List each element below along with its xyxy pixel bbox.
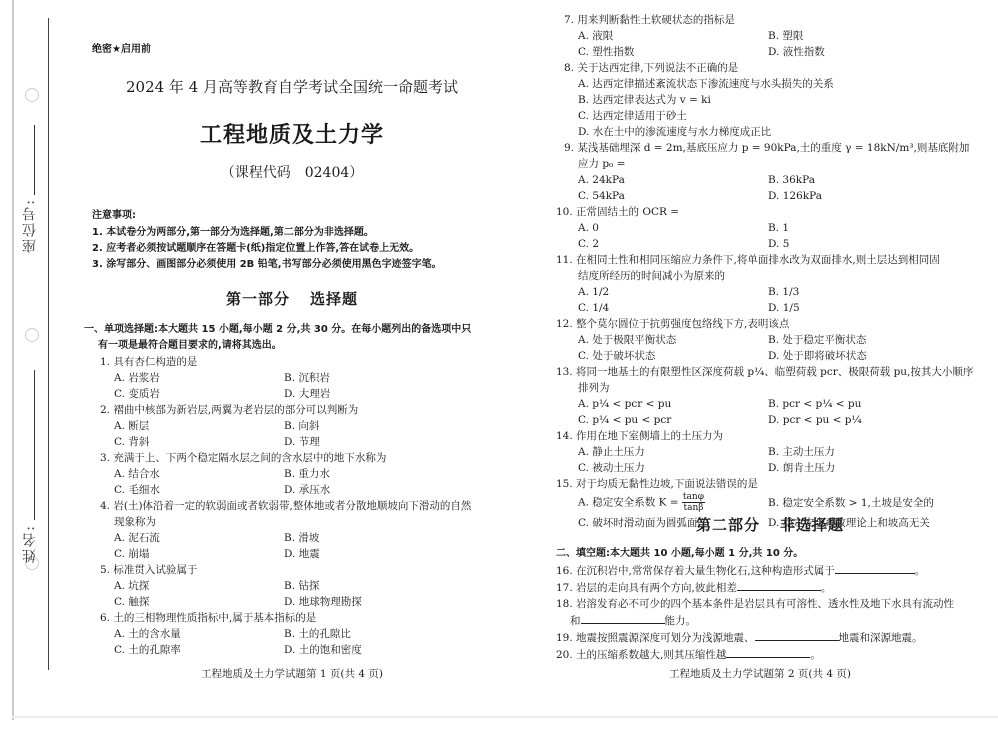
option-a[interactable]: A. 断层	[114, 418, 284, 434]
question-12: 12. 整个莫尔圆位于抗剪强度包络线下方,表明该点 A. 处于极限平衡状态 B.…	[556, 316, 984, 364]
option-c[interactable]: C. 毛细水	[114, 482, 284, 498]
question-text-end: 。	[821, 582, 832, 594]
question-text: 18. 岩溶发育必不可少的四个基本条件是岩层具有可溶性、透水性及地下水具有流动性	[556, 596, 986, 612]
option-a[interactable]: A. 24kPa	[578, 172, 768, 188]
fill-question-19: 19. 地震按照震源深度可划分为浅源地震、地震和深源地震。	[556, 629, 986, 646]
question-stem-cont: 应力 p₀ =	[564, 156, 984, 172]
note-item: 2. 应考者必须按试题顺序在答题卡(纸)指定位置上作答,答在试卷上无效。	[92, 241, 492, 257]
option-b[interactable]: B. 1/3	[768, 284, 968, 300]
fill-question-16: 16. 在沉积岩中,常常保存着大量生物化石,这种构造形式属于。	[556, 562, 986, 579]
question-stem: 11. 在相同土性和相同压缩应力条件下,将单面排水改为双面排水,则土层达到相同固	[556, 252, 984, 268]
option-d[interactable]: D. 地球物理勘探	[284, 594, 454, 610]
question-8: 8. 关于达西定律,下列说法不正确的是 A. 达西定律描述紊流状态下渗流速度与水…	[564, 60, 984, 140]
option-a[interactable]: A. 结合水	[114, 466, 284, 482]
option-b[interactable]: B. 稳定安全系数 > 1,土坡是安全的	[768, 495, 968, 511]
question-text-end: 地震和深源地震。	[839, 632, 923, 644]
fraction-numerator: tanφ	[682, 492, 705, 503]
option-a[interactable]: A. 液限	[578, 28, 768, 44]
option-a[interactable]: A. p¼ < pcr < pu	[578, 396, 768, 412]
answer-blank[interactable]	[835, 562, 915, 574]
part-1-heading: 第一部分选择题	[92, 288, 492, 309]
binding-cut-line	[48, 18, 49, 670]
notes-block: 注意事项: 1. 本试卷分为两部分,第一部分为选择题,第二部分为非选择题。 2.…	[92, 206, 492, 273]
note-item: 1. 本试卷分为两部分,第一部分为选择题,第二部分为非选择题。	[92, 225, 492, 241]
question-stem: 2. 褶曲中核部为新岩层,两翼为老岩层的部分可以判断为	[100, 402, 500, 418]
option-a[interactable]: A. 泥石流	[114, 530, 284, 546]
option-c[interactable]: C. 背斜	[114, 434, 284, 450]
option-d[interactable]: D. 承压水	[284, 482, 454, 498]
page-bottom-shadow	[12, 716, 998, 718]
option-b[interactable]: B. pcr < p¼ < pu	[768, 396, 968, 412]
option-b[interactable]: B. 重力水	[284, 466, 454, 482]
option-d[interactable]: D. 126kPa	[768, 188, 968, 204]
option-d[interactable]: D. 水在土中的渗流速度与水力梯度成正比	[578, 124, 984, 140]
question-4: 4. 岩(土)体沿着一定的软弱面或者软弱带,整体地或者分散地顺坡向下滑动的自然 …	[100, 498, 500, 562]
question-text: 16. 在沉积岩中,常常保存着大量生物化石,这种构造形式属于	[556, 565, 835, 577]
option-a[interactable]: A. 处于极限平衡状态	[578, 332, 768, 348]
answer-blank[interactable]	[581, 612, 665, 624]
question-stem-cont: 排列为	[556, 380, 984, 396]
option-a[interactable]: A. 达西定律描述紊流状态下渗流速度与水头损失的关系	[578, 76, 984, 92]
option-b[interactable]: B. 1	[768, 220, 968, 236]
answer-blank[interactable]	[726, 646, 810, 658]
question-stem-cont: 结度所经历的时间减小为原来的	[556, 268, 984, 284]
fill-question-18: 18. 岩溶发育必不可少的四个基本条件是岩层具有可溶性、透水性及地下水具有流动性…	[556, 596, 986, 629]
question-text-end: 能力。	[665, 615, 697, 627]
binding-edge	[12, 0, 14, 720]
option-a-text: A. 稳定安全系数 K =	[578, 497, 679, 509]
fill-question-20: 20. 土的压缩系数越大,则其压缩性越。	[556, 646, 986, 663]
name-blank[interactable]	[34, 370, 35, 520]
question-stem: 10. 正常固结土的 OCR =	[556, 204, 984, 220]
question-list-page1: 1. 具有杏仁构造的是 A. 岩浆岩 B. 沉积岩 C. 变质岩 D. 大理岩 …	[100, 354, 500, 658]
question-7: 7. 用来判断黏性土软硬状态的指标是 A. 液限 B. 塑限 C. 塑性指数 D…	[564, 12, 984, 60]
option-a[interactable]: A. 1/2	[578, 284, 768, 300]
question-stem: 4. 岩(土)体沿着一定的软弱面或者软弱带,整体地或者分散地顺坡向下滑动的自然	[100, 498, 500, 514]
seat-number-label: 座位号:	[20, 198, 40, 253]
fraction-denominator: tanβ	[682, 503, 705, 513]
answer-blank[interactable]	[737, 579, 821, 591]
question-stem: 7. 用来判断黏性土软硬状态的指标是	[564, 12, 984, 28]
question-text: 19. 地震按照震源深度可划分为浅源地震、	[556, 632, 755, 644]
punch-hole-icon	[25, 88, 39, 102]
option-c[interactable]: C. 被动土压力	[578, 460, 768, 476]
section-1-heading: 一、单项选择题:本大题共 15 小题,每小题 2 分,共 30 分。在每小题列出…	[84, 322, 504, 338]
question-text-cont: 和	[556, 615, 581, 627]
option-b[interactable]: B. 塑限	[768, 28, 968, 44]
option-d[interactable]: D. 大理岩	[284, 386, 454, 402]
question-stem: 3. 充满于上、下两个稳定隔水层之间的含水层中的地下水称为	[100, 450, 500, 466]
part-label: 第二部分	[696, 516, 760, 534]
question-stem: 14. 作用在地下室侧墙上的土压力为	[556, 428, 984, 444]
option-d[interactable]: D. 地震	[284, 546, 454, 562]
confidential-mark: 绝密★启用前	[92, 40, 151, 55]
punch-hole-icon	[25, 328, 39, 342]
question-text: 20. 土的压缩系数越大,则其压缩性越	[556, 649, 726, 661]
part-title: 选择题	[310, 290, 358, 308]
question-13: 13. 将同一地基土的有限塑性区深度荷载 p¼、临塑荷载 pcr、极限荷载 pu…	[556, 364, 984, 428]
question-11: 11. 在相同土性和相同压缩应力条件下,将单面排水改为双面排水,则土层达到相同固…	[556, 252, 984, 316]
option-a[interactable]: A. 静止土压力	[578, 444, 768, 460]
option-c[interactable]: C. 变质岩	[114, 386, 284, 402]
question-3: 3. 充满于上、下两个稳定隔水层之间的含水层中的地下水称为 A. 结合水 B. …	[100, 450, 500, 498]
question-stem: 6. 土的三相物理性质指标中,属于基本指标的是	[100, 610, 500, 626]
option-c[interactable]: C. 处于破坏状态	[578, 348, 768, 364]
course-code: （课程代码 02404）	[92, 162, 492, 182]
option-b[interactable]: B. 钻探	[284, 578, 454, 594]
question-text-end: 。	[915, 565, 926, 577]
option-a[interactable]: A. 土的含水量	[114, 626, 284, 642]
option-b[interactable]: B. 沉积岩	[284, 370, 454, 386]
part-2-heading: 第二部分非选择题	[560, 514, 980, 535]
seat-number-blank[interactable]	[34, 125, 35, 195]
option-d[interactable]: D. 5	[768, 236, 968, 252]
part-label: 第一部分	[226, 290, 290, 308]
option-b[interactable]: B. 主动土压力	[768, 444, 968, 460]
option-c[interactable]: C. 1/4	[578, 300, 768, 316]
question-stem: 9. 某浅基础埋深 d = 2m,基底压应力 p = 90kPa,土的重度 γ …	[564, 140, 984, 156]
notes-heading: 注意事项:	[92, 206, 492, 221]
fill-question-17: 17. 岩层的走向具有两个方向,彼此相差。	[556, 579, 986, 596]
option-c[interactable]: C. 达西定律适用于砂土	[578, 108, 984, 124]
option-c[interactable]: C. 触探	[114, 594, 284, 610]
option-a[interactable]: A. 稳定安全系数 K = tanφ tanβ	[578, 492, 768, 513]
option-d[interactable]: D. 节理	[284, 434, 454, 450]
option-a[interactable]: A. 坑探	[114, 578, 284, 594]
option-c[interactable]: C. p¼ < pu < pcr	[578, 412, 768, 428]
option-c[interactable]: C. 54kPa	[578, 188, 768, 204]
question-2: 2. 褶曲中核部为新岩层,两翼为老岩层的部分可以判断为 A. 断层 B. 向斜 …	[100, 402, 500, 450]
section-1: 一、单项选择题:本大题共 15 小题,每小题 2 分,共 30 分。在每小题列出…	[84, 322, 504, 354]
option-b[interactable]: B. 36kPa	[768, 172, 968, 188]
subject-title: 工程地质及土力学	[92, 118, 492, 149]
question-text-end: 。	[810, 649, 821, 661]
question-9: 9. 某浅基础埋深 d = 2m,基底压应力 p = 90kPa,土的重度 γ …	[564, 140, 984, 204]
question-stem: 12. 整个莫尔圆位于抗剪强度包络线下方,表明该点	[556, 316, 984, 332]
option-b[interactable]: B. 向斜	[284, 418, 454, 434]
question-stem: 5. 标准贯入试验属于	[100, 562, 500, 578]
exam-title: 2024 年 4 月高等教育自学考试全国统一命题考试	[92, 76, 492, 97]
option-a[interactable]: A. 0	[578, 220, 768, 236]
option-d[interactable]: D. 土的饱和密度	[284, 642, 454, 658]
question-stem-cont: 现象称为	[100, 514, 500, 530]
page-footer: 工程地质及土力学试题第 2 页(共 4 页)	[560, 666, 960, 681]
question-5: 5. 标准贯入试验属于 A. 坑探 B. 钻探 C. 触探 D. 地球物理勘探	[100, 562, 500, 610]
question-1: 1. 具有杏仁构造的是 A. 岩浆岩 B. 沉积岩 C. 变质岩 D. 大理岩	[100, 354, 500, 402]
safety-factor-fraction: tanφ tanβ	[682, 492, 705, 513]
option-b[interactable]: B. 土的孔隙比	[284, 626, 454, 642]
question-6: 6. 土的三相物理性质指标中,属于基本指标的是 A. 土的含水量 B. 土的孔隙…	[100, 610, 500, 658]
option-c[interactable]: C. 塑性指数	[578, 44, 768, 60]
question-stem: 1. 具有杏仁构造的是	[100, 354, 500, 370]
page-footer: 工程地质及土力学试题第 1 页(共 4 页)	[92, 666, 492, 681]
section-2: 二、填空题:本大题共 10 小题,每小题 1 分,共 10 分。 16. 在沉积…	[556, 546, 986, 663]
option-b[interactable]: B. 处于稳定平衡状态	[768, 332, 968, 348]
option-b[interactable]: B. 滑坡	[284, 530, 454, 546]
option-d[interactable]: D. 液性指数	[768, 44, 968, 60]
section-1-heading-cont: 有一项是最符合题目要求的,请将其选出。	[84, 338, 504, 354]
option-c[interactable]: C. 崩塌	[114, 546, 284, 562]
question-10: 10. 正常固结土的 OCR = A. 0 B. 1 C. 2 D. 5	[556, 204, 984, 252]
part-title: 非选择题	[780, 516, 844, 534]
question-stem: 15. 对于均质无黏性边坡,下面说法错误的是	[556, 476, 984, 492]
question-stem: 13. 将同一地基土的有限塑性区深度荷载 p¼、临塑荷载 pcr、极限荷载 pu…	[556, 364, 984, 380]
option-c[interactable]: C. 土的孔隙率	[114, 642, 284, 658]
question-stem: 8. 关于达西定律,下列说法不正确的是	[564, 60, 984, 76]
answer-blank[interactable]	[755, 629, 839, 641]
option-d[interactable]: D. pcr < pu < p¼	[768, 412, 968, 428]
option-c[interactable]: C. 2	[578, 236, 768, 252]
option-a[interactable]: A. 岩浆岩	[114, 370, 284, 386]
note-item: 3. 涂写部分、画图部分必须使用 2B 铅笔,书写部分必须使用黑色字迹签字笔。	[92, 257, 492, 273]
option-d[interactable]: D. 处于即将破坏状态	[768, 348, 968, 364]
question-text: 17. 岩层的走向具有两个方向,彼此相差	[556, 582, 737, 594]
question-list-page2: 7. 用来判断黏性土软硬状态的指标是 A. 液限 B. 塑限 C. 塑性指数 D…	[564, 12, 984, 531]
option-b[interactable]: B. 达西定律表达式为 v = ki	[578, 92, 984, 108]
question-14: 14. 作用在地下室侧墙上的土压力为 A. 静止土压力 B. 主动土压力 C. …	[556, 428, 984, 476]
option-d[interactable]: D. 1/5	[768, 300, 968, 316]
option-d[interactable]: D. 朗肯土压力	[768, 460, 968, 476]
name-label: 姓名:	[20, 524, 40, 563]
section-2-heading: 二、填空题:本大题共 10 小题,每小题 1 分,共 10 分。	[556, 546, 986, 562]
